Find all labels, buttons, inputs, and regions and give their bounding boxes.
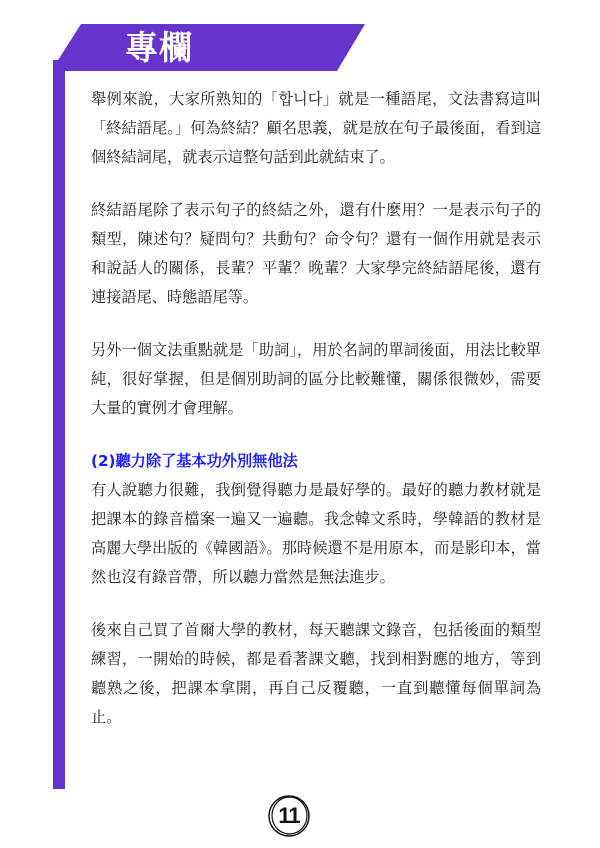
- decorative-sidebar-bar: [53, 60, 65, 789]
- paragraph-3: 另外一個文法重點就是「助詞」，用於名詞的單詞後面，用法比較單純，很好掌握，但是個…: [91, 336, 541, 423]
- section-paragraph-2: 後來自己買了首爾大學的教材，每天聽課文錄音，包括後面的類型練習，一開始的時候，都…: [91, 616, 541, 732]
- page-number-badge: 11: [266, 793, 312, 839]
- section-paragraph-1: 有人說聽力很難，我倒覺得聽力是最好學的。最好的聽力教材就是把課本的錄音檔案一遍又…: [91, 476, 541, 592]
- article-content: 舉例來說，大家所熟知的「합니다」就是一種語尾，文法書寫這叫「終結語尾。」何為終結…: [91, 85, 541, 732]
- column-banner: [53, 24, 365, 71]
- section-heading: (2)聽力除了基本功外別無他法: [91, 447, 541, 476]
- paragraph-1: 舉例來說，大家所熟知的「합니다」就是一種語尾，文法書寫這叫「終結語尾。」何為終結…: [91, 85, 541, 172]
- banner-title: 專欄: [125, 26, 193, 70]
- page-number: 11: [266, 793, 312, 839]
- paragraph-2: 終結語尾除了表示句子的終結之外，還有什麼用？一是表示句子的類型，陳述句？疑問句？…: [91, 196, 541, 312]
